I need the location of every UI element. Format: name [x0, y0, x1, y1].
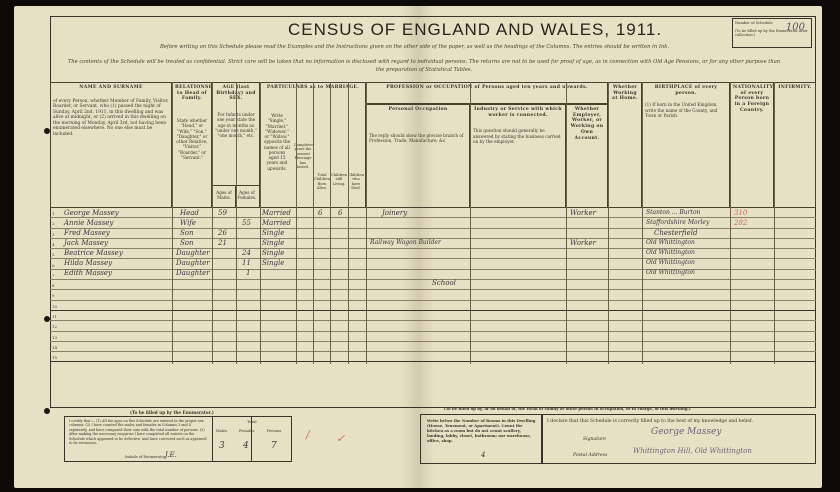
column-header-nationality: NATIONALITY of every Person born in a Fo…	[730, 82, 774, 208]
cell-name: Annie Massey	[64, 219, 113, 227]
cell-birthplace: Stanton ... Burton	[646, 209, 700, 216]
cell-birthplace: Old Whittington	[646, 249, 695, 256]
cell-age-male: 59	[218, 209, 227, 217]
red-tick-mark: /	[306, 428, 310, 441]
cell-relation: Son	[180, 229, 194, 237]
column-header-birthplace: BIRTHPLACE of every person. (1) If born …	[642, 82, 730, 208]
cell-age-male: 21	[218, 239, 227, 247]
cell-status: Worker	[570, 239, 596, 247]
cell-code-red: 282	[734, 219, 747, 227]
cell-occupation: Railway Wagon Builder	[370, 239, 441, 246]
cell-age-female: 24	[242, 249, 251, 257]
total-persons: 7	[271, 441, 277, 451]
table-row: 15	[50, 352, 816, 362]
cell-marriage: Married	[262, 209, 291, 217]
signature: George Massey	[651, 427, 721, 437]
punch-hole	[44, 408, 50, 414]
total-females: 4	[243, 441, 249, 451]
cell-age-male: 26	[218, 229, 227, 237]
column-header-relationship: RELATIONSHIP to Head of Family. State wh…	[172, 82, 212, 208]
schedule-number-value: 100	[786, 22, 805, 33]
column-header-personal-occupation: Personal Occupation The reply should sho…	[366, 104, 470, 208]
cell-relation: Daughter	[176, 249, 210, 257]
table-row: 10	[50, 301, 816, 311]
red-check-mark: ✓	[336, 432, 345, 445]
table-row: 1	[50, 208, 816, 218]
cell-name: Jack Massey	[64, 239, 108, 247]
column-header-working-at-home: Whether Working at Home.	[608, 82, 642, 208]
column-header-employer-status: Whether Employer, Worker, or Working on …	[566, 104, 608, 208]
column-header-occupation-group: PROFESSION or OCCUPATION of Persons aged…	[366, 82, 608, 104]
totals-box: Total Males. Females. Persons. 3 4 7	[212, 416, 292, 462]
cell-birthplace: Old Whittington	[646, 269, 695, 276]
cell-occupation: School	[432, 279, 456, 287]
cell-name: Fred Massey	[64, 229, 110, 237]
cell-children-living: 6	[338, 209, 342, 217]
cell-relation: Son	[180, 239, 194, 247]
head-of-family-heading: (To be filled up by, or on behalf of, th…	[444, 406, 691, 411]
cell-relation: Wife	[180, 219, 196, 227]
table-row: 3	[50, 229, 816, 239]
rooms-box: Write below the Number of Rooms in this …	[420, 414, 542, 464]
cell-marriage: Single	[262, 249, 284, 257]
instructions-line-2: The contents of the Schedule will be tre…	[64, 58, 784, 75]
table-row: 9	[50, 290, 816, 300]
cell-status: Worker	[570, 209, 596, 217]
instructions-line-1: Before writing on this Schedule please r…	[160, 44, 669, 50]
declaration-box: I declare that this Schedule is correctl…	[542, 414, 816, 464]
cell-age-female: 1	[246, 269, 250, 277]
cell-marriage: Single	[262, 239, 284, 247]
cell-age-female: 55	[242, 219, 251, 227]
cell-marriage: Married	[262, 219, 291, 227]
cell-marriage: Single	[262, 259, 284, 267]
cell-name: Beatrice Massey	[64, 249, 123, 257]
column-header-industry: Industry or Service with which worker is…	[470, 104, 566, 208]
cell-children-born: 6	[318, 209, 322, 217]
total-males: 3	[219, 441, 225, 451]
enumerator-initials: J.E.	[165, 451, 177, 459]
cell-name: Hilda Massey	[64, 259, 112, 267]
table-row: 5	[50, 249, 816, 259]
cell-age-female: 11	[242, 259, 251, 267]
cell-occupation: Joinery	[382, 209, 407, 217]
table-row: 13	[50, 332, 816, 342]
cell-name: Edith Massey	[64, 269, 112, 277]
cell-marriage: Single	[262, 229, 284, 237]
cell-name: George Massey	[64, 209, 119, 217]
postal-address: Whittington Hill, Old Whittington	[633, 447, 752, 455]
enumerator-heading: (To be filled up by the Enumerator.)	[130, 410, 214, 415]
cell-code-red: 310	[734, 209, 747, 217]
column-header-name: NAME AND SURNAME of every Person, whethe…	[50, 82, 172, 208]
table-row: 11	[50, 311, 816, 321]
cell-relation: Head	[180, 209, 199, 217]
cell-relation: Daughter	[176, 269, 210, 277]
cell-birthplace: Staffordshire Morley	[646, 219, 709, 226]
table-row: 12	[50, 321, 816, 331]
cell-birthplace: Chesterfield	[654, 229, 697, 237]
document-title: CENSUS OF ENGLAND AND WALES, 1911.	[288, 20, 662, 40]
column-header-infirmity: INFIRMITY.	[774, 82, 816, 208]
cell-relation: Daughter	[176, 259, 210, 267]
table-row: 6	[50, 260, 816, 270]
schedule-number-box: Number of Schedule (To be filled up by t…	[732, 18, 812, 48]
rooms-count: 4	[481, 451, 485, 459]
cell-birthplace: Old Whittington	[646, 259, 695, 266]
table-row: 14	[50, 342, 816, 352]
cell-birthplace: Old Whittington	[646, 239, 695, 246]
